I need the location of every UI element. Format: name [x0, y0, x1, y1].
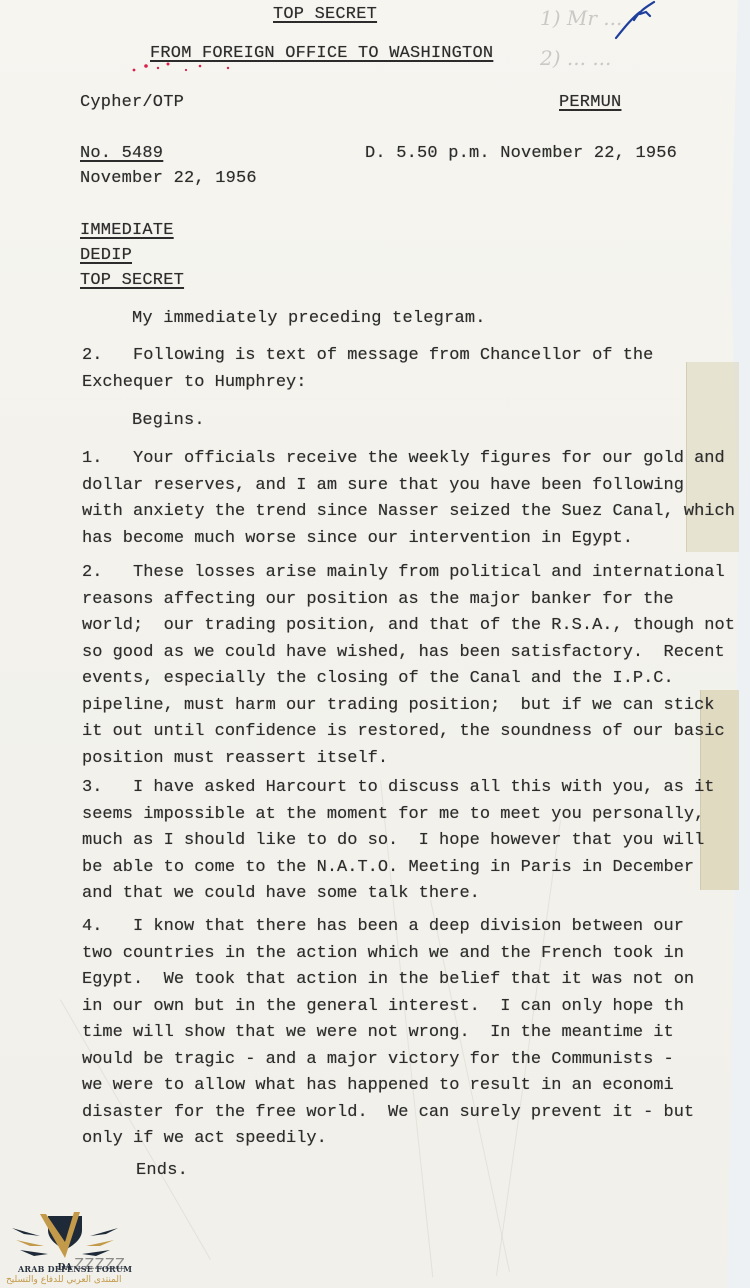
text-line: with anxiety the trend since Nasser seiz… — [82, 499, 732, 526]
text-line: Exchequer to Humphrey: — [82, 370, 732, 397]
text-line: 3. I have asked Harcourt to discuss all … — [82, 775, 732, 802]
precedence-top-secret: TOP SECRET — [80, 268, 184, 295]
cypher-label: Cypher/OTP — [80, 90, 184, 117]
precedence-immediate: IMMEDIATE — [80, 218, 174, 245]
classification-header: TOP SECRET — [273, 2, 377, 29]
watermark-title: ARAB DEFENSE FORUM — [18, 1264, 132, 1274]
text-line: dollar reserves, and I am sure that you … — [82, 473, 732, 500]
routing-line: FROM FOREIGN OFFICE TO WASHINGTON — [150, 41, 493, 68]
text-line: we were to allow what has happened to re… — [82, 1073, 732, 1100]
text-line: events, especially the closing of the Ca… — [82, 666, 732, 693]
text-line: reasons affecting our position as the ma… — [82, 587, 732, 614]
text-line: time will show that we were not wrong. I… — [82, 1020, 732, 1047]
text-line: pipeline, must harm our trading position… — [82, 693, 732, 720]
text-line: and that we could have some talk there. — [82, 881, 732, 908]
text-line: in our own but in the general interest. … — [82, 994, 732, 1021]
text-line: world; our trading position, and that of… — [82, 613, 732, 640]
intro-line: My immediately preceding telegram. — [132, 306, 486, 333]
telegram-number: No. 5489 — [80, 141, 163, 168]
message-paragraph-2: 2. These losses arise mainly from politi… — [82, 560, 732, 772]
text-line: 2. Following is text of message from Cha… — [82, 343, 732, 370]
text-line: it out until confidence is restored, the… — [82, 719, 732, 746]
message-paragraph-3: 3. I have asked Harcourt to discuss all … — [82, 775, 732, 908]
message-paragraph-4: 4. I know that there has been a deep div… — [82, 914, 732, 1153]
text-line: much as I should like to do so. I hope h… — [82, 828, 732, 855]
pencil-note: 2) ... ... — [540, 46, 611, 70]
paragraph-2-intro: 2. Following is text of message from Cha… — [82, 343, 732, 396]
watermark-arabic-title: المنتدى العربي للدفاع والتسليح — [6, 1275, 121, 1285]
begins-marker: Begins. — [132, 408, 205, 435]
ink-initial-mark — [610, 0, 670, 45]
text-line: Egypt. We took that action in the belief… — [82, 967, 732, 994]
text-line: 2. These losses arise mainly from politi… — [82, 560, 732, 587]
text-line: be able to come to the N.A.T.O. Meeting … — [82, 855, 732, 882]
message-paragraph-1: 1. Your officials receive the weekly fig… — [82, 446, 732, 552]
text-line: has become much worse since our interven… — [82, 526, 732, 553]
dispatch-time: D. 5.50 p.m. November 22, 1956 — [365, 141, 677, 168]
ends-marker: Ends. — [136, 1158, 188, 1185]
text-line: disaster for the free world. We can sure… — [82, 1100, 732, 1127]
text-line: would be tragic - and a major victory fo… — [82, 1047, 732, 1074]
text-line: only if we act speedily. — [82, 1126, 732, 1153]
text-line: position must reassert itself. — [82, 746, 732, 773]
text-line: so good as we could have wished, has bee… — [82, 640, 732, 667]
distribution-label: PERMUN — [559, 90, 621, 117]
text-line: seems impossible at the moment for me to… — [82, 802, 732, 829]
text-line: 4. I know that there has been a deep div… — [82, 914, 732, 941]
precedence-dedip: DEDIP — [80, 243, 132, 270]
telegram-date: November 22, 1956 — [80, 166, 257, 193]
text-line: two countries in the action which we and… — [82, 941, 732, 968]
text-line: 1. Your officials receive the weekly fig… — [82, 446, 732, 473]
